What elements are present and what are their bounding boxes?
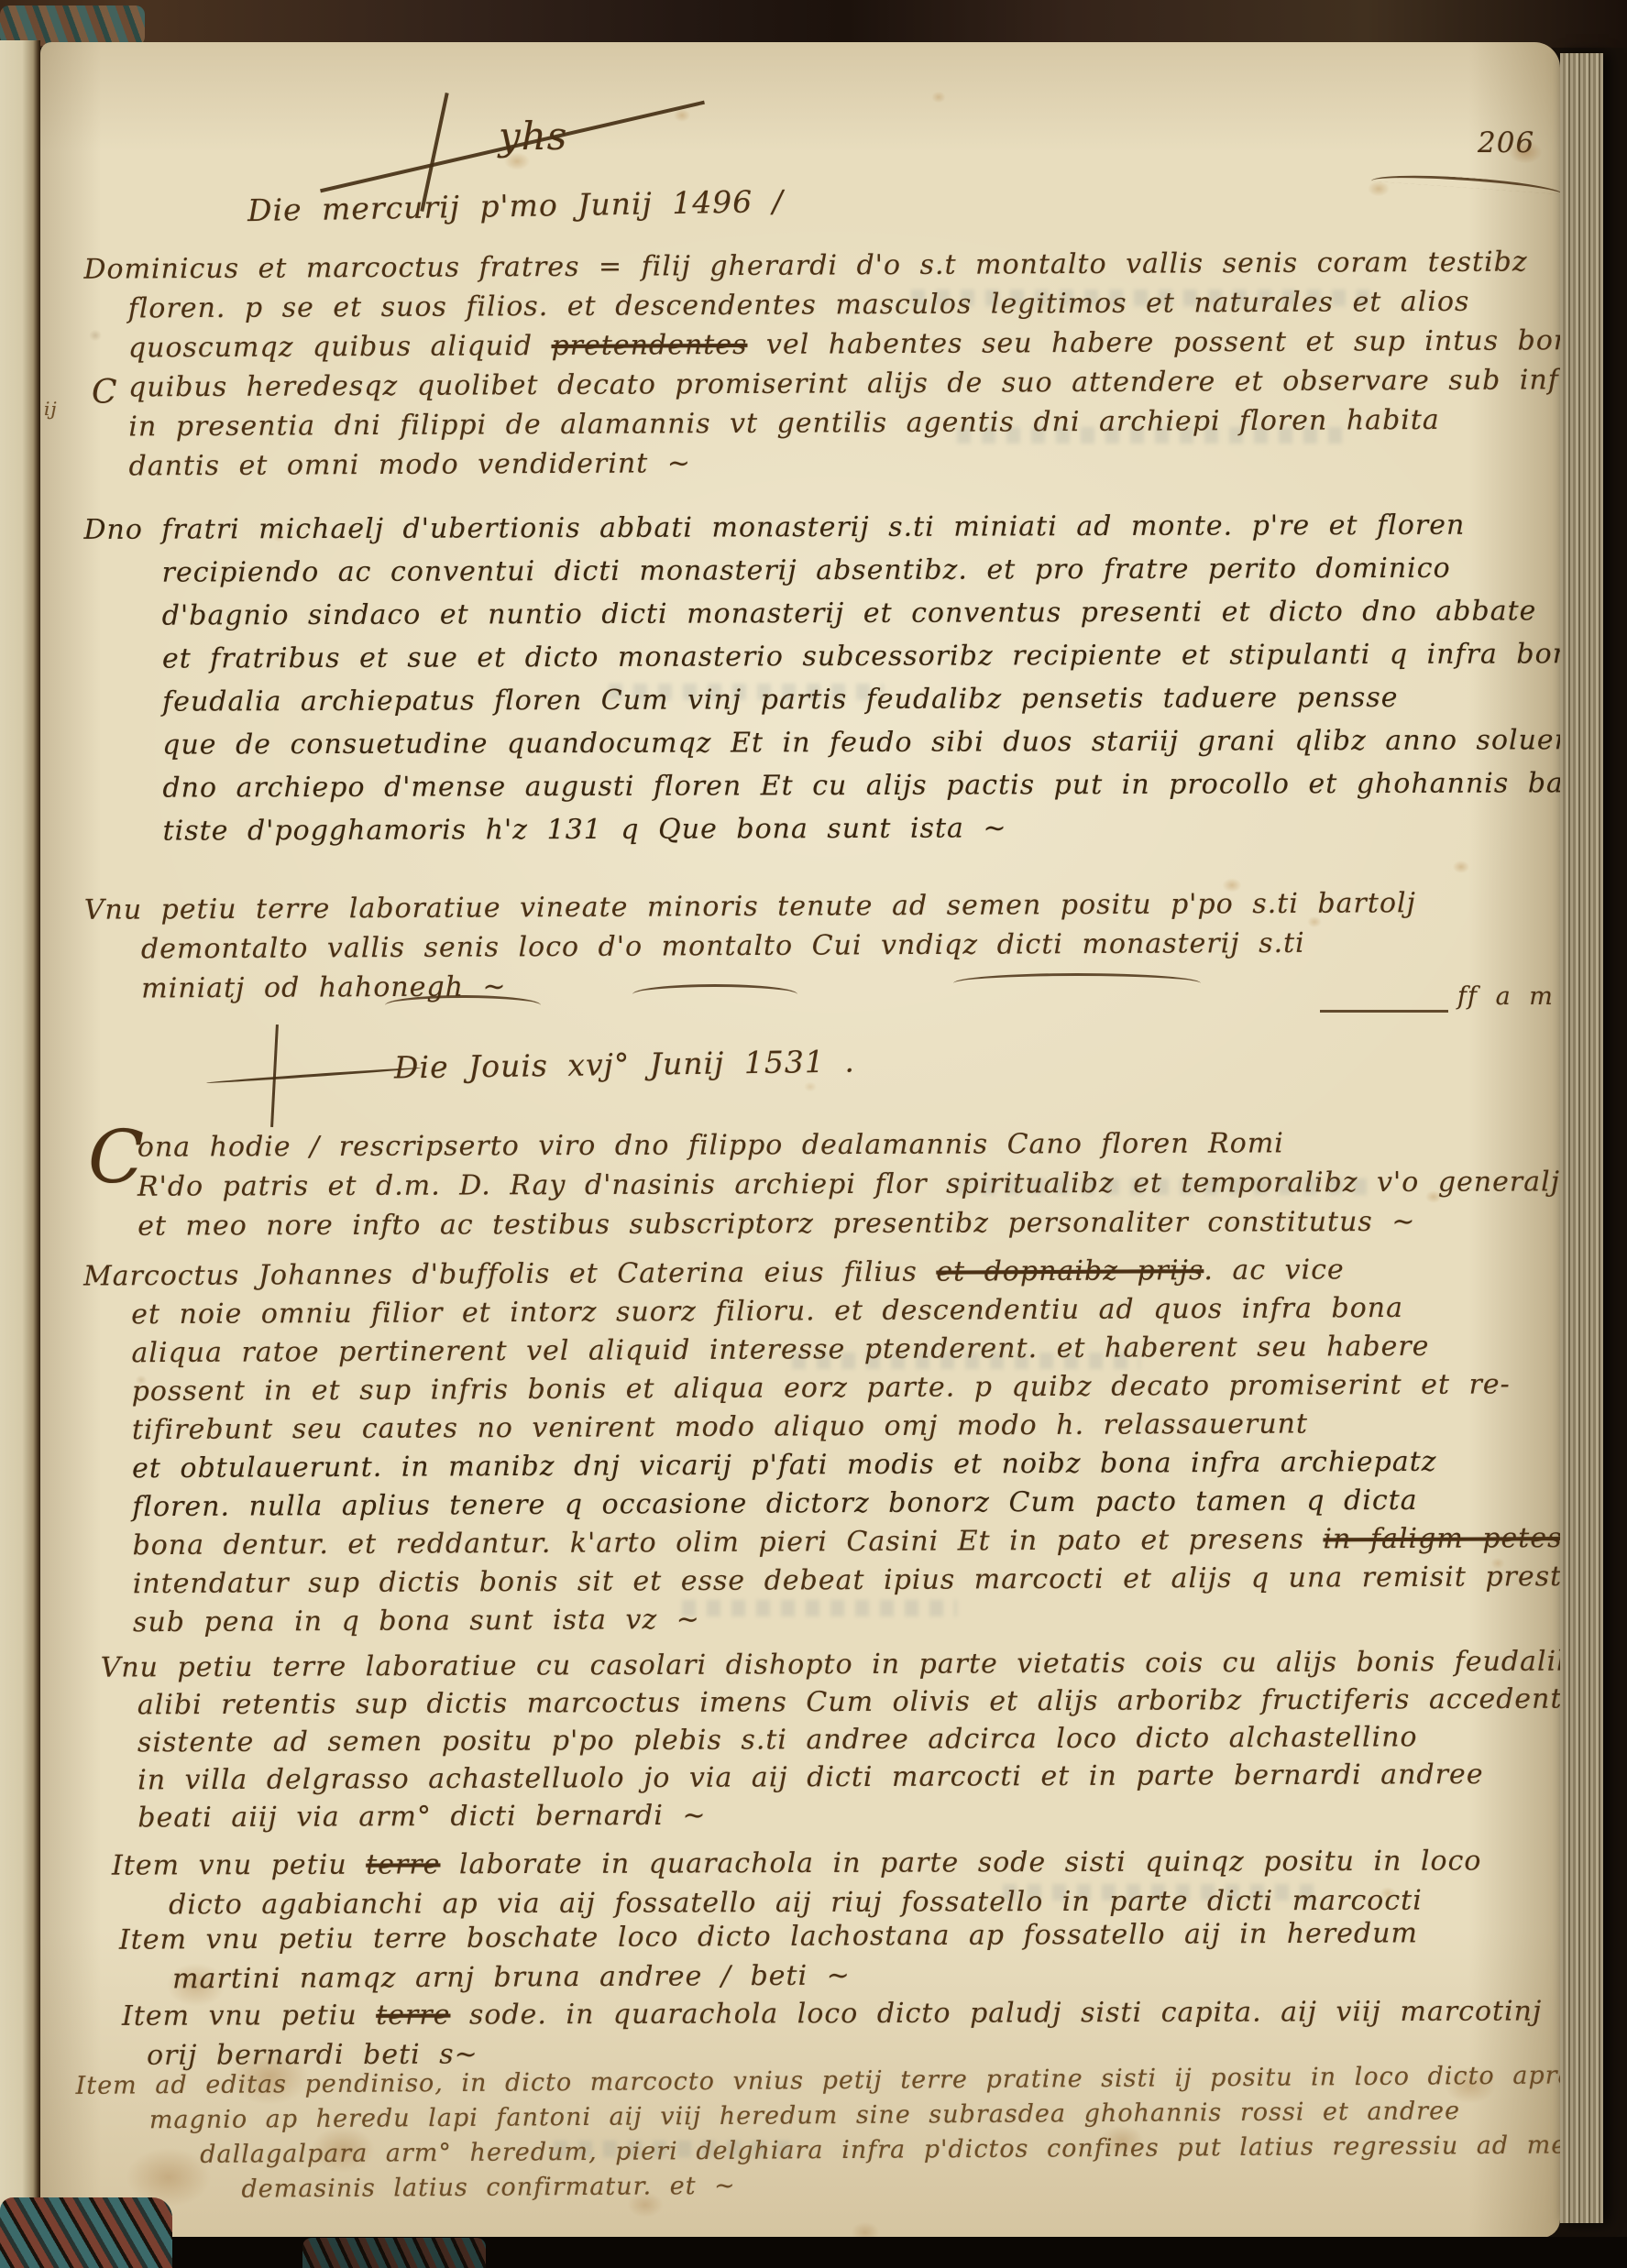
line-segment: laborate in quarachola in parte sode sis…: [440, 1845, 1481, 1880]
previous-page-edge: [0, 40, 40, 2232]
date-heading-1531: Die Jouis xvj° Junij 1531 .: [394, 1043, 855, 1085]
manuscript-line: d'bagnio sindaco et nuntio dicti monaste…: [84, 589, 1560, 638]
manuscript-line: sistente ad semen positu p'po plebis s.t…: [101, 1717, 1560, 1761]
line-segment: sode. in quarachola loco dicto paludj si…: [450, 1995, 1560, 2031]
line-segment: Marcoctus Johannes d'buffolis et Caterin…: [83, 1256, 936, 1293]
manuscript-line: intendatur sup dictis bonis sit et esse …: [85, 1558, 1560, 1605]
folio-underline-flourish: [1371, 171, 1560, 195]
manuscript-line: Item vnu petiu terre sode. in quarachola…: [122, 1991, 1560, 2036]
struck-text: et dopnaibz prijs: [936, 1255, 1204, 1288]
invocation-monogram: yhs: [499, 114, 567, 159]
manuscript-page: 206 yhs Die mercurij p'mo Junij 1496 / C…: [40, 42, 1560, 2238]
manuscript-line: Vnu petiu terre laboratiue cu casolari d…: [101, 1642, 1560, 1686]
line-segment: Item vnu petiu: [122, 2000, 376, 2032]
marbled-cover-edge: [302, 2238, 486, 2268]
entry-1531-paragraph-1: ona hodie / rescripserto viro dno filipp…: [137, 1123, 1560, 1245]
manuscript-line: R'do patris et d.m. D. Ray d'nasinis arc…: [137, 1162, 1560, 1206]
item-entry-1: Item vnu petiu terre laborate in quarach…: [112, 1841, 1482, 1924]
line-segment: quoscumqz quibus aliquid: [128, 330, 552, 364]
manuscript-line: Item vnu petiu terre laborate in quarach…: [112, 1841, 1482, 1885]
struck-text: terre: [376, 2000, 450, 2032]
entry-1496-paragraph-2: Dno fratri michaelj d'ubertionis abbati …: [83, 503, 1560, 853]
addendum-paragraph: Item ad editas pendiniso, in dicto marco…: [75, 2058, 1560, 2208]
manuscript-line: beati aiij via arm° dicti bernardi ~: [101, 1792, 1560, 1836]
manuscript-line: in villa delgrasso achastelluolo jo via …: [101, 1755, 1560, 1799]
manuscript-line: possent in et sup infris bonis et aliqua…: [84, 1365, 1560, 1412]
binding-bottom-edge: [0, 2237, 1627, 2268]
manuscript-line: dno archiepo d'mense augusti floren Et c…: [84, 761, 1560, 810]
manuscript-line: recipiendo ac conventui dicti monasterij…: [84, 546, 1560, 595]
entry-1531-paragraph-2: Marcoctus Johannes d'buffolis et Caterin…: [83, 1250, 1560, 1643]
folio-number: 206: [1478, 126, 1534, 159]
book-photo: 206 yhs Die mercurij p'mo Junij 1496 / C…: [0, 0, 1627, 2268]
manuscript-line: et meo nore infto ac testibus subscripto…: [137, 1201, 1560, 1245]
struck-text: terre: [366, 1848, 440, 1880]
item-entry-2: Item vnu petiu terre boschate loco dicto…: [119, 1913, 1419, 1999]
entry-1531-paragraph-3: Vnu petiu terre laboratiue cu casolari d…: [101, 1642, 1560, 1836]
gutter-mark: ij: [44, 398, 58, 420]
right-margin-note: ff a m: [1457, 982, 1554, 1011]
struck-text: pretendentes: [551, 329, 747, 362]
manuscript-line: tiste d'pogghamoris h'z 131 q Que bona s…: [84, 805, 1560, 853]
manuscript-line: que de consuetudine quandocumqz Et in fe…: [84, 718, 1560, 767]
line-segment: Item vnu petiu: [112, 1849, 366, 1882]
marbled-cover-edge: [0, 2197, 172, 2268]
manuscript-line: ona hodie / rescripserto viro dno filipp…: [137, 1123, 1560, 1167]
entry-1496-paragraph-1: Dominicus et marcoctus fratres = filij g…: [83, 241, 1560, 486]
manuscript-line: et fratribus et sue et dicto monasterio …: [84, 632, 1560, 681]
manuscript-line: dantis et omni modo vendiderint ~: [84, 438, 1560, 486]
cross-icon: [206, 1067, 422, 1084]
flourish-line: [1320, 1010, 1448, 1020]
binding-top-edge: [0, 0, 1627, 48]
manuscript-line: demontalto vallis senis loco d'o montalt…: [84, 923, 1416, 970]
manuscript-line: Dno fratri michaelj d'ubertionis abbati …: [83, 503, 1560, 552]
line-segment: . ac vice: [1204, 1254, 1345, 1287]
line-segment: vel habentes seu habere possent et sup i…: [747, 324, 1560, 361]
manuscript-line: in presentia dni filippi de alamannis vt…: [84, 399, 1560, 446]
manuscript-line: sub pena in q bona sunt ista vz ~: [85, 1596, 1560, 1643]
manuscript-line: feudalia archiepatus floren Cum vinj par…: [84, 675, 1560, 724]
line-segment: bona dentur. et reddantur. k'arto olim p…: [132, 1523, 1323, 1561]
manuscript-line: Vnu petiu terre laboratiue vineate minor…: [84, 883, 1416, 930]
struck-text: in faligm petes: [1323, 1522, 1560, 1555]
page-stack-fore-edge: [1560, 53, 1603, 2223]
manuscript-line: alibi retentis sup dictis marcoctus imen…: [101, 1680, 1560, 1724]
manuscript-line: Item vnu petiu terre boschate loco dicto…: [119, 1913, 1418, 1959]
